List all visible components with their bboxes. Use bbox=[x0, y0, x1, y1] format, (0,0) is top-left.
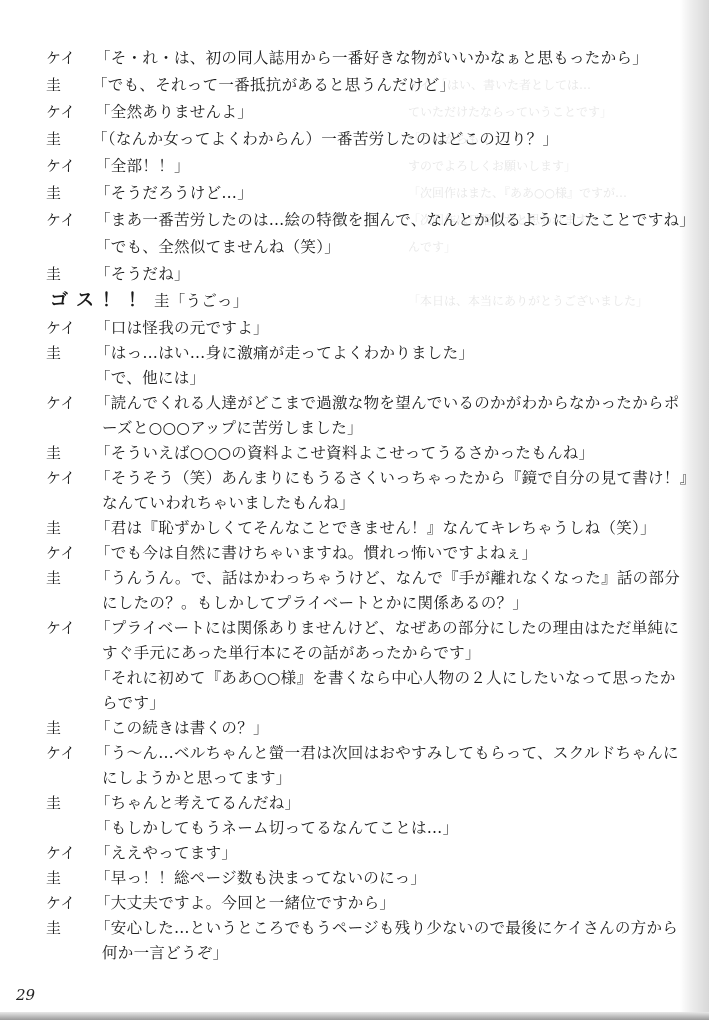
speaker-name: ケイ bbox=[46, 616, 86, 640]
speech-text: 「安心した…というところでもうページも残り少ないので最後にケイさんの方から bbox=[95, 916, 678, 940]
speaker-name: ケイ bbox=[46, 46, 86, 70]
speaker-name: ケイ bbox=[46, 741, 86, 765]
speech-text: 「う～ん…ベルちゃんと螢一君は次回はおやすみしてもらって、スクルドちゃんに bbox=[95, 741, 679, 765]
speech-text: にしようかと思ってます」 bbox=[102, 766, 292, 790]
speaker-name: ケイ bbox=[46, 316, 86, 340]
book-page: ケイ 「はい、書いた者としては… ていただけたならっていうことです」 「これから… bbox=[0, 0, 709, 1020]
sfx-text: ゴス！！ bbox=[50, 290, 154, 311]
sound-effect: ゴス！！圭「うごっ」 bbox=[50, 289, 249, 313]
bleed-line: 「次回作はまた、『ああ○○様』ですが… bbox=[408, 180, 688, 207]
speech-text: ーズと○○○アップに苦労しました」 bbox=[102, 416, 363, 440]
speech-text: 「で、他には」 bbox=[95, 366, 205, 390]
speaker-name: ケイ bbox=[46, 391, 86, 415]
speech-text: 「君は『恥ずかしくてそんなことできません！』なんてキレちゃうしね（笑）」 bbox=[95, 516, 656, 540]
bleed-through-text: ケイ 「はい、書いた者としては… ていただけたならっていうことです」 「これから… bbox=[408, 72, 688, 315]
speech-text: 「（なんか女ってよくわからん）一番苦労したのはどこの辺り？」 bbox=[92, 127, 558, 151]
speech-text: 「読んでくれる人達がどこまで過激な物を望んでいるのかがわからなかったからポ bbox=[95, 391, 680, 415]
speech-text: 「そ・れ・は、初の同人誌用から一番好きな物がいいかなぁと思もったから」 bbox=[95, 46, 648, 70]
speaker-name: 圭 bbox=[46, 181, 86, 205]
page-edge-shadow bbox=[0, 1012, 709, 1020]
speech-text: 「そうだろうけど…」 bbox=[95, 181, 253, 205]
speech-text: 「でも今は自然に書けちゃいますね。慣れっ怖いですよねぇ」 bbox=[95, 541, 537, 565]
speaker-name: 圭 bbox=[46, 73, 86, 97]
speaker-name: 圭 bbox=[46, 441, 86, 465]
sfx-reaction: 圭「うごっ」 bbox=[154, 292, 249, 310]
bleed-line: すのでよろしくお願いします」 bbox=[408, 153, 688, 180]
speech-text: 「大丈夫ですよ。今回と一緒位ですから」 bbox=[95, 891, 395, 915]
speech-text: 「全部！！」 bbox=[95, 154, 190, 178]
speaker-name: 圭 bbox=[46, 127, 86, 151]
speaker-name: 圭 bbox=[46, 916, 86, 940]
speaker-name: 圭 bbox=[46, 341, 86, 365]
speaker-name: 圭 bbox=[46, 791, 86, 815]
speech-text: 「早っ！！総ページ数も決まってないのにっ」 bbox=[95, 866, 426, 890]
speech-text: 「全然ありませんよ」 bbox=[95, 100, 253, 124]
speech-text: 「でも、それって一番抵抗があると思うんだけど」 bbox=[92, 73, 455, 97]
speaker-name: 圭 bbox=[46, 866, 86, 890]
speech-text: 「うんうん。で、話はかわっちゃうけど、なんで『手が離れなくなった』話の部分 bbox=[95, 566, 680, 590]
speaker-name: 圭 bbox=[46, 516, 86, 540]
page-number: 29 bbox=[16, 986, 35, 1004]
speech-text: 「それに初めて『ああ○○様』を書くなら中心人物の２人にしたいなって思ったか bbox=[95, 666, 676, 690]
speech-text: 「口は怪我の元ですよ」 bbox=[95, 316, 269, 340]
speaker-name: ケイ bbox=[46, 154, 86, 178]
speech-text: 「もしかしてもうネーム切ってるなんてことは…」 bbox=[95, 816, 458, 840]
speech-text: すぐ手元にあった単行本にその話があったからです」 bbox=[102, 641, 481, 665]
speaker-name: ケイ bbox=[46, 541, 86, 565]
speech-text: 「ええやってます」 bbox=[95, 841, 237, 865]
speaker-name: ケイ bbox=[46, 208, 86, 232]
speech-text: 「まあ一番苦労したのは…絵の特徴を掴んで、なんとか似るようにしたことですね」 bbox=[95, 208, 695, 232]
speaker-name: 圭 bbox=[46, 566, 86, 590]
speech-text: 「ちゃんと考えてるんだね」 bbox=[95, 791, 300, 815]
speech-text: にしたの？。もしかしてプライベートとかに関係あるの？」 bbox=[102, 591, 528, 615]
speech-text: らです」 bbox=[102, 691, 165, 715]
speech-text: 「そういえば○○○の資料よこせ資料よこせってうるさかったもんね」 bbox=[95, 441, 594, 465]
speech-text: 「プライベートには関係ありませんけど、なぜあの部分にしたの理由はただ単純に bbox=[95, 616, 679, 640]
bleed-line: 「本日は、本当にありがとうございました」 bbox=[408, 288, 688, 315]
speech-text: 「そうだね」 bbox=[95, 262, 190, 286]
speech-text: 「はっ…はい…身に激痛が走ってよくわかりました」 bbox=[95, 341, 474, 365]
bleed-line: んです」 bbox=[408, 234, 688, 261]
speaker-name: 圭 bbox=[46, 716, 86, 740]
speech-text: 「そうそう（笑）あんまりにもうるさくいっちゃったから『鏡で自分の見て書け！』 bbox=[95, 466, 695, 490]
speech-text: なんていわれちゃいましたもんね」 bbox=[102, 491, 355, 515]
bleed-line: ていただけたならっていうことです」 bbox=[408, 99, 688, 126]
speaker-name: ケイ bbox=[46, 466, 86, 490]
speaker-name: 圭 bbox=[46, 262, 86, 286]
speech-text: 「でも、全然似てませんね（笑）」 bbox=[95, 235, 340, 259]
speaker-name: ケイ bbox=[46, 100, 86, 124]
speech-text: 何か一言どうぞ」 bbox=[102, 941, 228, 965]
speaker-name: ケイ bbox=[46, 841, 86, 865]
speech-text: 「この続きは書くの？」 bbox=[95, 716, 269, 740]
speaker-name: ケイ bbox=[46, 891, 86, 915]
